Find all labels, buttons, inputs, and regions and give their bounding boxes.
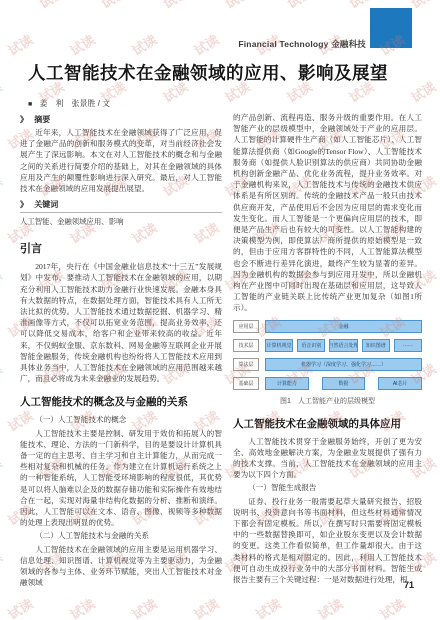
watermark-stamp: 试读: [4, 30, 36, 60]
concept-sub1-heading: （一）人工智能技术的概念: [20, 414, 222, 425]
figure-layer-model: 应用层 金融 技术层 计算机视觉 语音识别 自然语言处理 知识图谱 ……: [233, 320, 422, 406]
journal-page: Financial Technology 金融科技 人工智能技术在金融领域的应用…: [0, 0, 440, 620]
concept-sub2-paragraph-left: 人工智能技术在金融领域的应用主要是运用机器学习、信息处理、知识图谱、计算机视觉等…: [20, 544, 222, 589]
intro-paragraph: 2017年，央行在《中国金融业信息技术“十三五”发展规划》中发布，要推动人工智能…: [20, 261, 222, 384]
watermark-stamp: 试读: [0, 77, 5, 107]
watermark-stamp: 试读: [0, 547, 5, 577]
watermark-stamp: 试读: [0, 359, 5, 389]
figure-box: 数据: [322, 377, 366, 390]
figure-box: AI芯片: [378, 377, 422, 390]
figure-box: 自然语言处理: [329, 339, 357, 352]
watermark-stamp: 试读: [190, 30, 222, 60]
figure-box: 知识图谱: [362, 339, 390, 352]
article-title: 人工智能技术在金融领域的应用、影响及展望: [28, 60, 418, 85]
concept-sub2-paragraph-right: 的产品创新、流程再造、服务升级的重要作用。在人工智能产业的层级模型中，金融领域处…: [233, 112, 422, 314]
corner-accent-block: [370, 8, 412, 48]
application-section-heading: 人工智能技术在金融领域的具体应用: [233, 416, 422, 431]
concept-sub1-paragraph: 人工智能技术主要是控制、研发用于效仿和拓展人的智能技术、理论、方法的一门新科学，…: [20, 428, 222, 529]
figure-box: 金融: [265, 320, 422, 333]
right-column: 的产品创新、流程再造、服务升级的重要作用。在人工智能产业的层级模型中，金融领域处…: [233, 112, 422, 585]
left-column: 》 摘要 近年来，人工智能技术在金融领域获得了广泛应用，促进了金融产品的创新和服…: [20, 112, 222, 589]
abstract-label-row: 》 摘要: [20, 114, 222, 125]
two-column-body: 》 摘要 近年来，人工智能技术在金融领域获得了广泛应用，促进了金融产品的创新和服…: [20, 112, 422, 589]
watermark-stamp: 试读: [66, 30, 98, 60]
abstract-label: 摘要: [34, 115, 50, 124]
watermark-stamp: 试读: [4, 594, 36, 620]
watermark-stamp: 试读: [159, 0, 191, 12]
figure-box: 计算能力: [265, 377, 309, 390]
figure-row-technology-layer: 技术层 计算机视觉 语音识别 自然语言处理 知识图谱 ……: [233, 339, 422, 352]
figure-box: 计算机视觉: [265, 339, 293, 352]
watermark-stamp: 试读: [66, 594, 98, 620]
application-sub1-heading: （一）智能生成报告: [233, 482, 422, 493]
watermark-stamp: 试读: [0, 171, 5, 201]
figure-box: 语音识别: [297, 339, 325, 352]
journal-name-cn: 金融科技: [331, 39, 366, 49]
application-paragraph: 人工智能技术贯穿于金融服务始终，开创了更为安全、高效地金融解决方案，为金融业发展…: [233, 436, 422, 481]
figure-box: 机器学习（深度学习、强化学习……）: [265, 358, 422, 371]
layer-label: 基础层: [233, 377, 259, 390]
keywords-divider: [20, 212, 222, 213]
chevron-icon: 》: [20, 115, 28, 124]
journal-section-banner: Financial Technology 金融科技: [238, 38, 366, 50]
abstract-text: 近年来，人工智能技术在金融领域获得了广泛应用，促进了金融产品的创新和服务模式的变…: [20, 127, 222, 194]
byline-square-bullet: ■: [28, 101, 32, 108]
concept-section-heading: 人工智能技术的概念及与金融的关系: [20, 394, 222, 409]
watermark-stamp: 试读: [0, 453, 5, 483]
watermark-stamp: 试读: [0, 0, 5, 12]
figure-row-application-layer: 应用层 金融: [233, 320, 422, 333]
figure-row-base-layer: 基础层 计算能力 数据 AI芯片: [233, 377, 422, 390]
keywords-label-row: 》 关键词: [20, 199, 222, 210]
watermark-stamp: 试读: [283, 0, 315, 12]
keywords-label: 关键词: [34, 200, 58, 209]
figure-row-algorithm-layer: 算法层 机器学习（深度学习、强化学习……）: [233, 358, 422, 371]
concept-sub2-heading: （二）人工智能技术与金融的关系: [20, 530, 222, 541]
watermark-stamp: 试读: [128, 594, 160, 620]
watermark-stamp: 试读: [190, 594, 222, 620]
watermark-stamp: 试读: [252, 594, 284, 620]
chevron-icon: 》: [20, 200, 28, 209]
watermark-stamp: 试读: [314, 594, 346, 620]
article-byline: ■ 姜 利 张景胜 / 文: [28, 98, 110, 109]
watermark-stamp: 试读: [0, 265, 5, 295]
layer-label: 技术层: [233, 339, 259, 352]
intro-heading: 引言: [20, 240, 222, 256]
journal-name-en: Financial Technology: [238, 39, 328, 49]
watermark-stamp: 试读: [35, 0, 67, 12]
figure-box: ……: [394, 339, 422, 352]
watermark-stamp: 试读: [128, 30, 160, 60]
layer-label: 算法层: [233, 358, 259, 371]
page-number: 71: [404, 580, 414, 590]
figure-caption: 图1 人工智能产业的层级模型: [233, 396, 422, 406]
application-sub1-paragraph: 证券、投行业务一般需要起草大量研究报告、招股说明书、投资意向书等书面材料，但这些…: [233, 496, 422, 586]
watermark-stamp: 试读: [221, 0, 253, 12]
watermark-stamp: 试读: [376, 594, 408, 620]
keywords-text: 人工智能、金融领域应用、影响: [20, 216, 222, 227]
watermark-stamp: 试读: [97, 0, 129, 12]
article-authors: 姜 利 张景胜 / 文: [39, 99, 110, 108]
layer-label: 应用层: [233, 320, 259, 333]
